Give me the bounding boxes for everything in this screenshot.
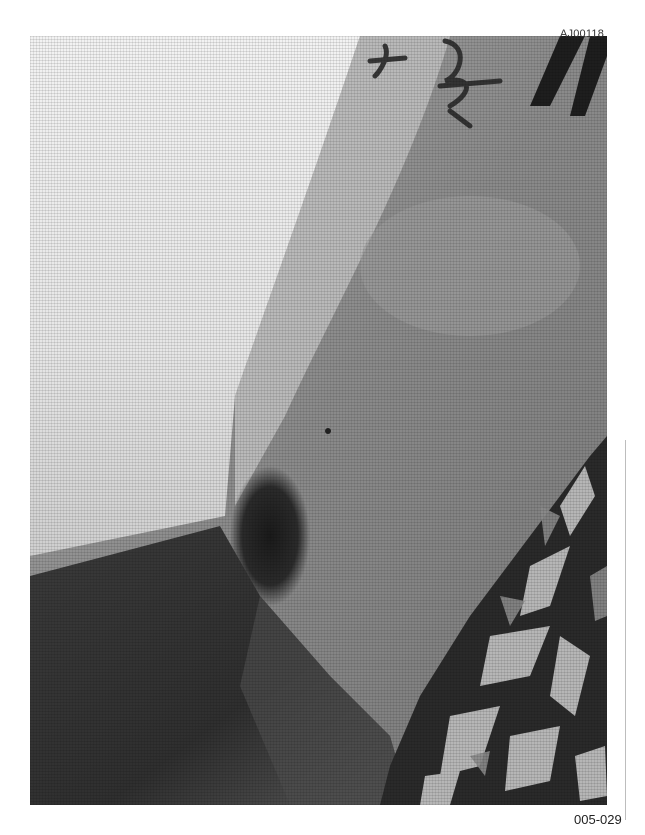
document-page: AJ00118: [0, 0, 645, 835]
page-edge-line: [625, 440, 626, 820]
document-id-label: AJ00118: [560, 28, 604, 40]
page-number: 005-029: [574, 812, 622, 827]
photo-graphic: [30, 36, 607, 805]
photo: [30, 36, 607, 805]
